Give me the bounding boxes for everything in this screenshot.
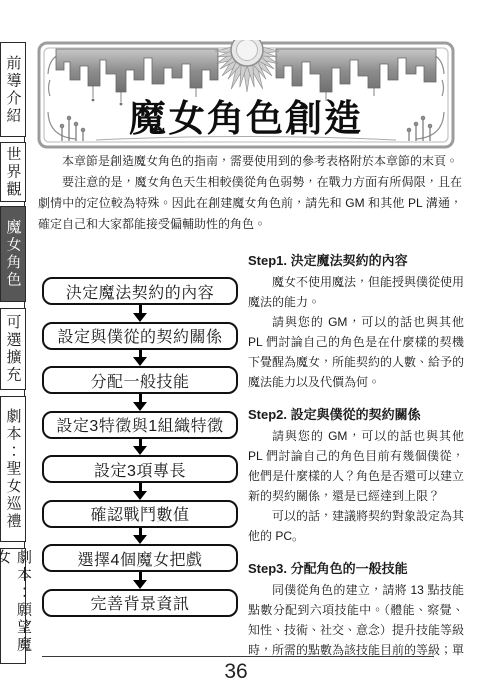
flow-step-box: 完善背景資訊	[42, 589, 238, 617]
arrow-down-icon	[42, 350, 238, 367]
step-section-3: Step3. 分配角色的一般技能 同僕從角色的建立，請將 13 點技能點數分配到…	[248, 560, 464, 660]
step-section-2: Step2. 設定與僕從的契約關係 請與您的 GM，可以的話也與其他 PL 們討…	[248, 406, 464, 546]
intro-paragraph: 要注意的是，魔女角色天生相較僕從角色弱勢，在戰力方面有所侷限，且在劇情中的定位較…	[38, 172, 462, 235]
page-number: 36	[36, 660, 436, 684]
sidebar-tab-label: 可選擴充	[3, 314, 24, 384]
arrow-down-icon	[42, 528, 238, 545]
step-paragraph: 同僕從角色的建立，請將 13 點技能點數分配到六項技能中。（體能、察覺、知性、技…	[248, 580, 464, 660]
creation-flowchart: 決定魔法契約的內容 設定與僕從的契約關係 分配一般技能 設定3特徵與1組織特徵 …	[42, 277, 238, 617]
chapter-banner: 魔女角色創造	[36, 40, 456, 150]
arrow-down-icon	[42, 305, 238, 322]
sidebar-tab-label: 劇本：聖女巡禮	[3, 408, 24, 531]
sidebar-tab-intro[interactable]: 前導介紹	[0, 42, 26, 137]
step-heading: Step2. 設定與僕從的契約關係	[248, 406, 464, 423]
flow-step-box: 設定3項專長	[42, 455, 238, 483]
step-paragraph: 可以的話，建議將契約對象設定為其他的 PC。	[248, 506, 464, 546]
step-section-1: Step1. 決定魔法契約的內容 魔女不使用魔法，但能授與僕從使用魔法的能力。 …	[248, 252, 464, 392]
step-paragraph: 請與您的 GM，可以的話也與其他 PL 們討論自己的角色目前有幾個僕從，他們是什…	[248, 426, 464, 506]
sidebar-tab-worldview[interactable]: 世界觀	[0, 142, 26, 202]
arrow-down-icon	[42, 439, 238, 456]
sidebar-tab-label: 劇本：願望魔女	[0, 549, 34, 663]
step-instructions-column: Step1. 決定魔法契約的內容 魔女不使用魔法，但能授與僕從使用魔法的能力。 …	[248, 252, 464, 660]
intro-section: 本章節是創造魔女角色的指南，需要使用到的參考表格附於本章節的末頁。 要注意的是，…	[38, 151, 462, 235]
arrow-down-icon	[42, 572, 238, 589]
sidebar-tab-label: 世界觀	[3, 146, 24, 199]
sidebar-tab-optional-expansion[interactable]: 可選擴充	[0, 308, 26, 390]
flow-step-box: 設定與僕從的契約關係	[42, 322, 238, 350]
footer-divider	[42, 656, 434, 657]
flow-step-box: 選擇4個魔女把戲	[42, 544, 238, 572]
sidebar-tab-label: 前導介紹	[3, 55, 24, 125]
flow-step-box: 設定3特徵與1組織特徵	[42, 411, 238, 439]
page-title: 魔女角色創造	[36, 88, 456, 142]
sidebar-tab-scenario-wish-witch[interactable]: 劇本：願望魔女	[0, 548, 26, 664]
arrow-down-icon	[42, 394, 238, 411]
sidebar-tab-scenario-saintess[interactable]: 劇本：聖女巡禮	[0, 396, 26, 542]
step-heading: Step1. 決定魔法契約的內容	[248, 252, 464, 269]
flow-step-box: 確認戰鬥數值	[42, 500, 238, 528]
book-page: 前導介紹 世界觀 魔女角色 可選擴充 劇本：聖女巡禮 劇本：願望魔女	[0, 0, 495, 700]
flow-step-box: 決定魔法契約的內容	[42, 277, 238, 305]
arrow-down-icon	[42, 483, 238, 500]
step-heading: Step3. 分配角色的一般技能	[248, 560, 464, 577]
step-paragraph: 請與您的 GM，可以的話也與其他 PL 們討論自己的角色是在什麼樣的契機下覺醒為…	[248, 312, 464, 392]
intro-paragraph: 本章節是創造魔女角色的指南，需要使用到的參考表格附於本章節的末頁。	[38, 151, 462, 172]
flow-step-box: 分配一般技能	[42, 366, 238, 394]
sidebar-tab-witch-character[interactable]: 魔女角色	[0, 206, 26, 302]
step-paragraph: 魔女不使用魔法，但能授與僕從使用魔法的能力。	[248, 272, 464, 312]
sidebar-tab-label: 魔女角色	[3, 219, 24, 289]
